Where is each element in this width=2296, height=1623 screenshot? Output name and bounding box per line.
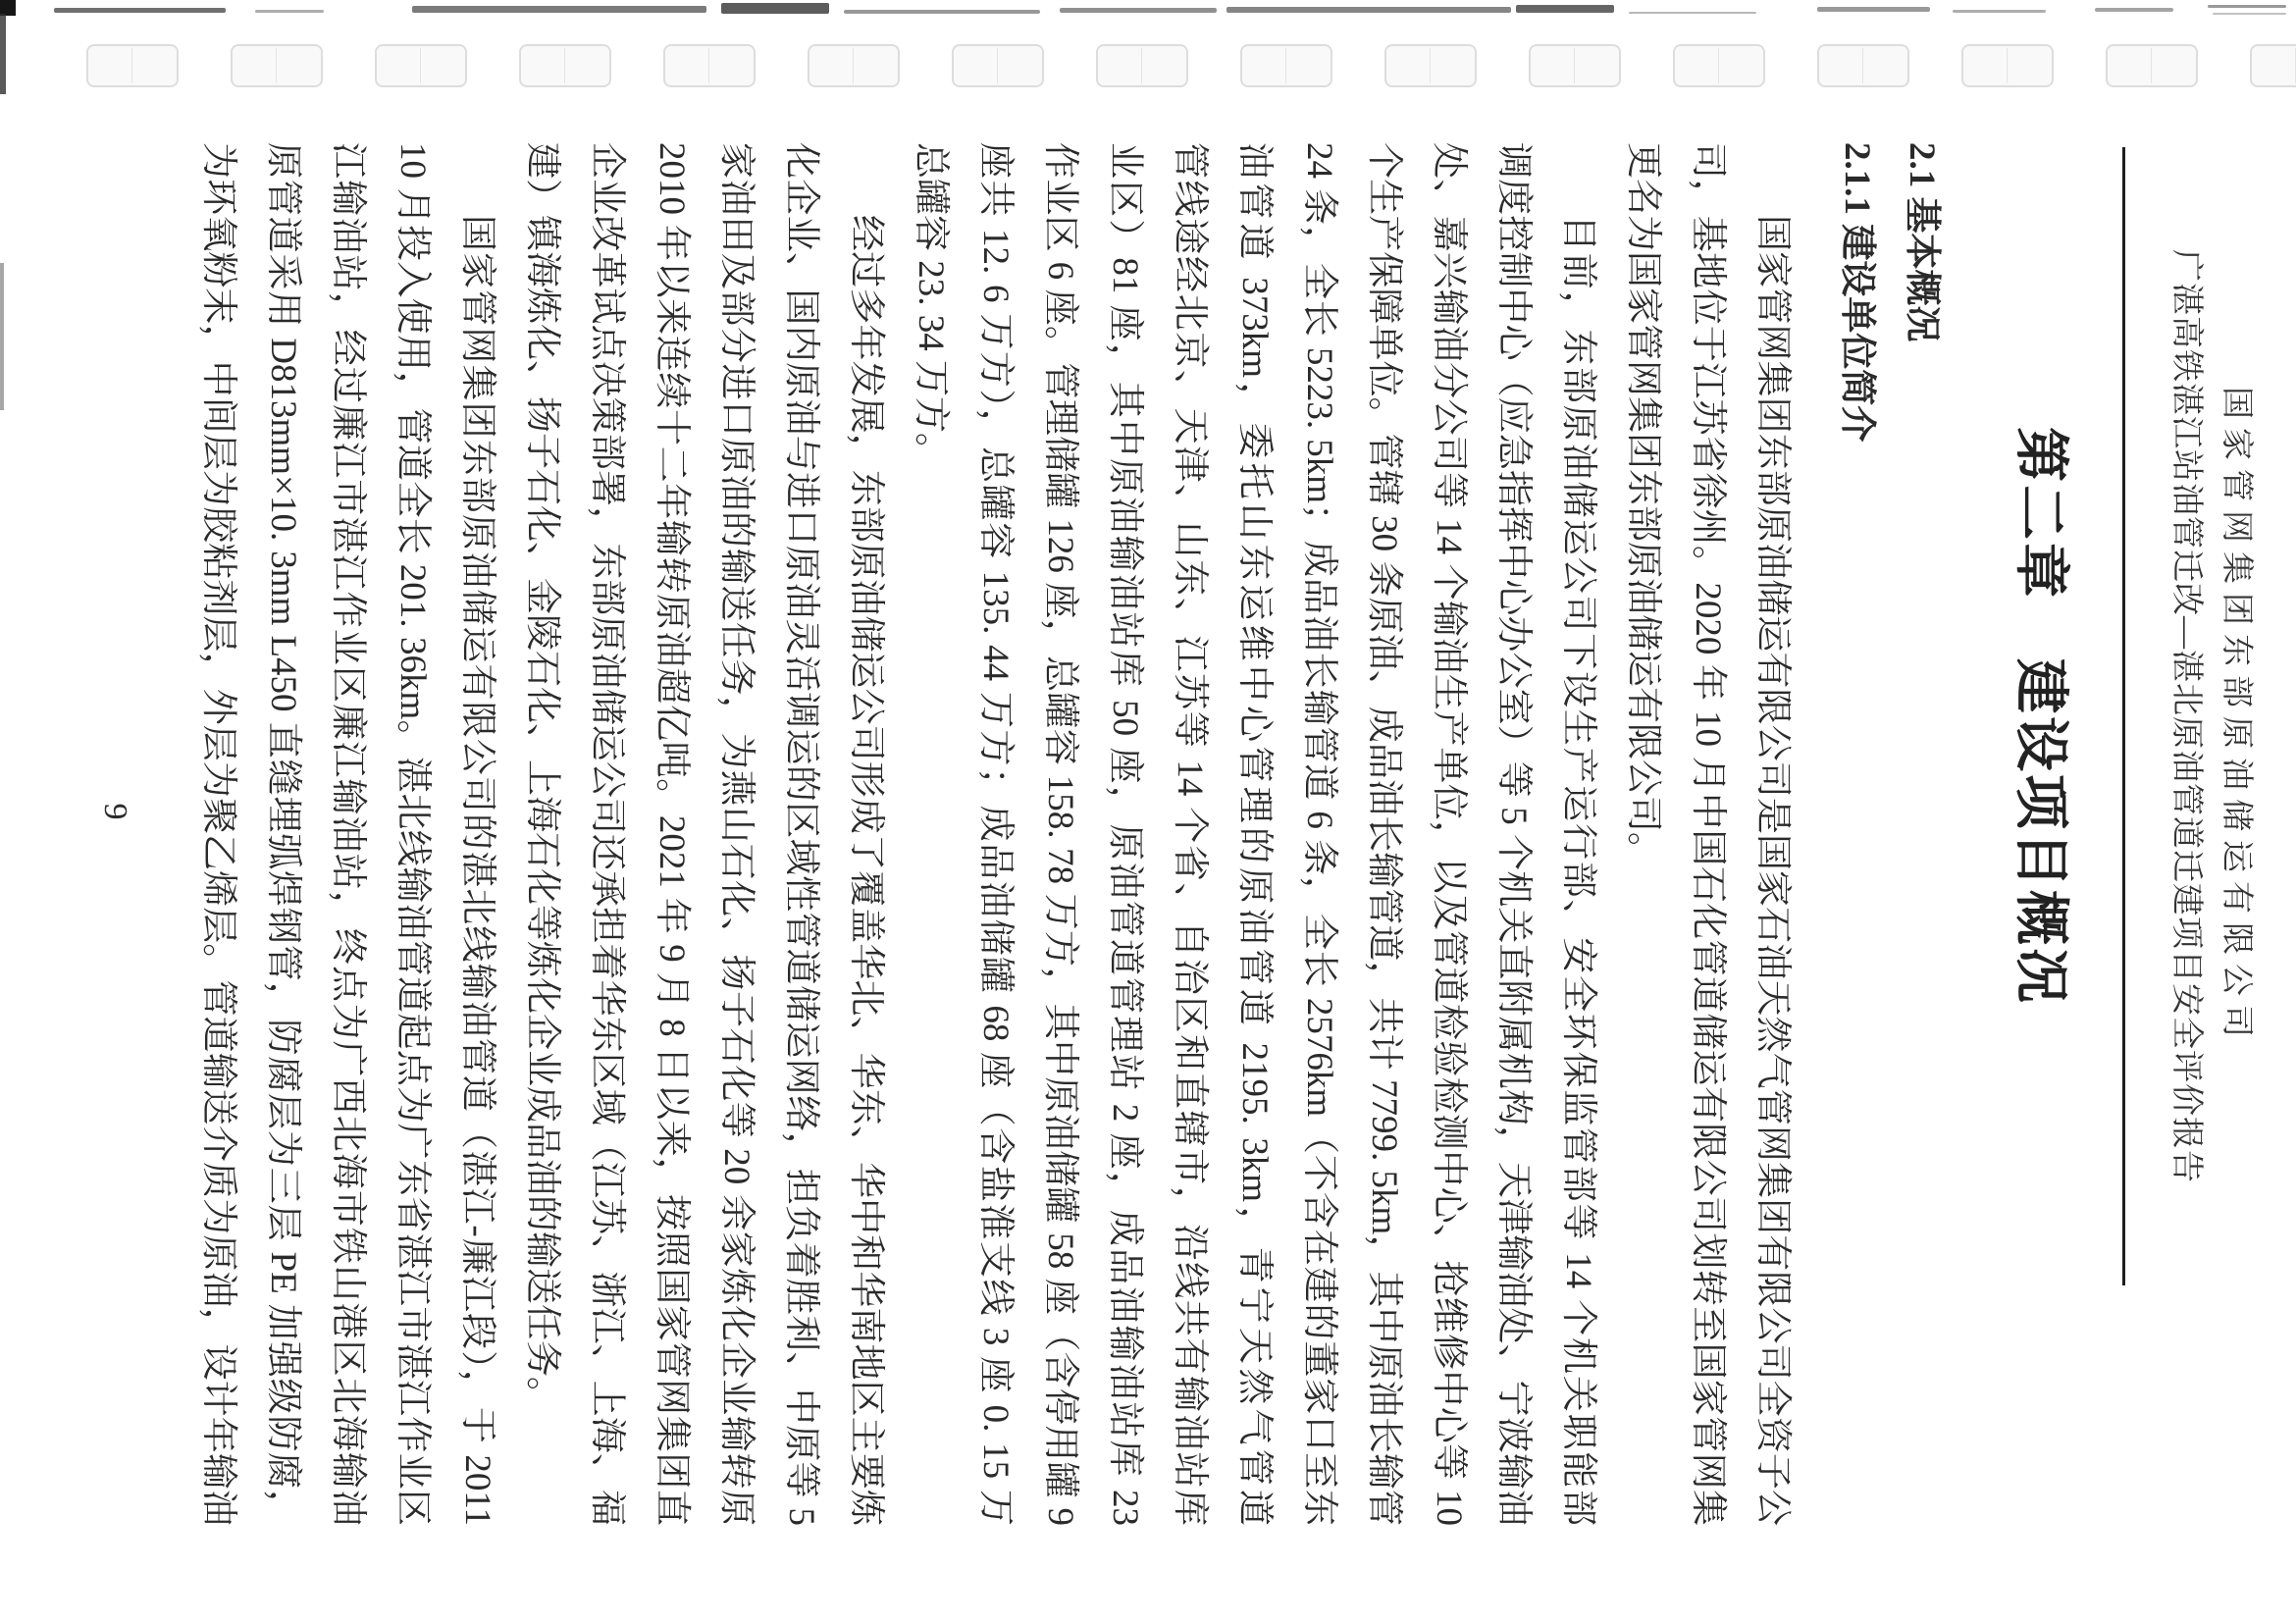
section-heading-2-1-1: 2.1.1 建设单位简介 xyxy=(1824,142,1889,1526)
body-line: 为环氧粉末，中间层为胶粘剂层，外层为聚乙烯层。管道输送介质为原油，设计年输油量 xyxy=(185,142,250,1526)
paragraph: 国家管网集团东部原油储运有限公司是国家石油天然气管网集团有限公司全资子公司，基地… xyxy=(1610,142,1804,1526)
section-heading-2-1: 2.1 基本概况 xyxy=(1889,142,1954,1526)
body-line: 更名为国家管网集团东部原油储运有限公司。 xyxy=(1610,142,1675,1526)
body-line: 2010 年以来连续十二年输转原油超亿吨。2021 年 9 月 8 日以来，按照… xyxy=(639,142,704,1526)
paragraph: 国家管网集团东部原油储运有限公司的湛北线输油管道（湛江-廉江段），于 2011 … xyxy=(185,142,509,1526)
body-line: 建）镇海炼化、扬子石化、金陵石化、上海石化等炼化企业成品油的输送任务。 xyxy=(509,142,574,1526)
body-line: 处、嘉兴输油分公司等 14 个输油生产单位，以及管道检验检测中心、抢维修中心等 … xyxy=(1416,142,1481,1526)
report-page: 国家管网集团东部原油储运有限公司 广湛高铁湛江站油管迁改—湛北原油管道迁建项目安… xyxy=(0,0,2261,1623)
body-line: 24 条，全长 5223. 5km；成品油长输管道 6 条，全长 2576km（… xyxy=(1286,142,1351,1526)
body-line: 原管道采用 D813mm×10. 3mm L450 直缝埋弧焊钢管，防腐层为三层… xyxy=(250,142,315,1526)
body-line: 调度控制中心（应急指挥中心办公室）等 5 个机关直附属机构，天津输油处、宁波输油 xyxy=(1481,142,1545,1526)
body-line: 国家管网集团东部原油储运有限公司的湛北线输油管道（湛江-廉江段），于 2011 … xyxy=(444,142,509,1526)
body-line: 总罐容 23. 34 万方。 xyxy=(898,142,963,1526)
body-line: 化企业、国内原油与进口原油灵活调运的区域性管道储运网络，担负着胜利、中原等 5 xyxy=(768,142,833,1526)
body-line: 国家管网集团东部原油储运有限公司是国家石油天然气管网集团有限公司全资子公 xyxy=(1740,142,1804,1526)
body-line: 座共 12. 6 万方），总罐容 135. 44 万方；成品油储罐 68 座（含… xyxy=(963,142,1027,1526)
rotated-page-container: 国家管网集团东部原油储运有限公司 广湛高铁湛江站油管迁改—湛北原油管道迁建项目安… xyxy=(0,0,2296,1623)
paragraphs: 国家管网集团东部原油储运有限公司是国家石油天然气管网集团有限公司全资子公司，基地… xyxy=(185,142,1804,1526)
body-line: 10 月投入使用，管道全长 201. 36km。湛北线输油管道起点为广东省湛江市… xyxy=(380,142,444,1526)
page-header: 国家管网集团东部原油储运有限公司 广湛高铁湛江站油管迁改—湛北原油管道迁建项目安… xyxy=(2161,147,2261,1285)
scanned-document-page: 国家管网集团东部原油储运有限公司 广湛高铁湛江站油管迁改—湛北原油管道迁建项目安… xyxy=(0,0,2296,1623)
body-line: 司，基地位于江苏省徐州。2020 年 10 月中国石化管道储运有限公司划转至国家… xyxy=(1675,142,1740,1526)
header-report-title: 广湛高铁湛江站油管迁改—湛北原油管道迁建项目安全评价报告 xyxy=(2161,147,2212,1285)
body-line: 业区）81 座，其中原油输油站库 50 座，原油管道管理站 2 座，成品油输油站… xyxy=(1092,142,1157,1526)
body-line: 管线途经北京、天津、山东、江苏等 14 个省、自治区和直辖市，沿线共有输油站库（… xyxy=(1157,142,1222,1526)
body-line: 江输油站，经过廉江市湛江作业区廉江输油站，终点为广西北海市铁山港区北海输油站； xyxy=(315,142,380,1526)
body-content: 2.1 基本概况 2.1.1 建设单位简介 国家管网集团东部原油储运有限公司是国… xyxy=(185,142,1954,1526)
header-rule xyxy=(2122,147,2125,1285)
body-line: 油管道 373km，委托山东运维中心管理的原油管道 2195. 3km，青宁天然… xyxy=(1222,142,1286,1526)
paragraph: 目前，东部原油储运公司下设生产运行部、安全环保监管部等 14 个机关职能部门，调… xyxy=(898,142,1610,1526)
paragraph: 经过多年发展，东部原油储运公司形成了覆盖华北、华东、华中和华南地区主要炼化企业、… xyxy=(509,142,898,1526)
chapter-title: 第二章 建设项目概况 xyxy=(2009,147,2071,1285)
body-line: 作业区 6 座。管理储罐 126 座，总罐容 158. 78 万方，其中原油储罐… xyxy=(1027,142,1092,1526)
body-line: 个生产保障单位。管辖 30 条原油、成品油长输管道，共计 7799. 5km，其… xyxy=(1351,142,1416,1526)
body-line: 经过多年发展，东部原油储运公司形成了覆盖华北、华东、华中和华南地区主要炼 xyxy=(833,142,898,1526)
page-number: 9 xyxy=(96,0,133,1623)
body-line: 家油田及部分进口原油的输送任务，为燕山石化、扬子石化等 20 余家炼化企业输转原… xyxy=(704,142,768,1526)
body-line: 目前，东部原油储运公司下设生产运行部、安全环保监管部等 14 个机关职能部门， xyxy=(1545,142,1610,1526)
body-line: 企业改革试点决策部署，东部原油储运公司还承担着华东区域（江苏、浙江、上海、福 xyxy=(574,142,639,1526)
header-company-name: 国家管网集团东部原油储运有限公司 xyxy=(2212,147,2261,1285)
